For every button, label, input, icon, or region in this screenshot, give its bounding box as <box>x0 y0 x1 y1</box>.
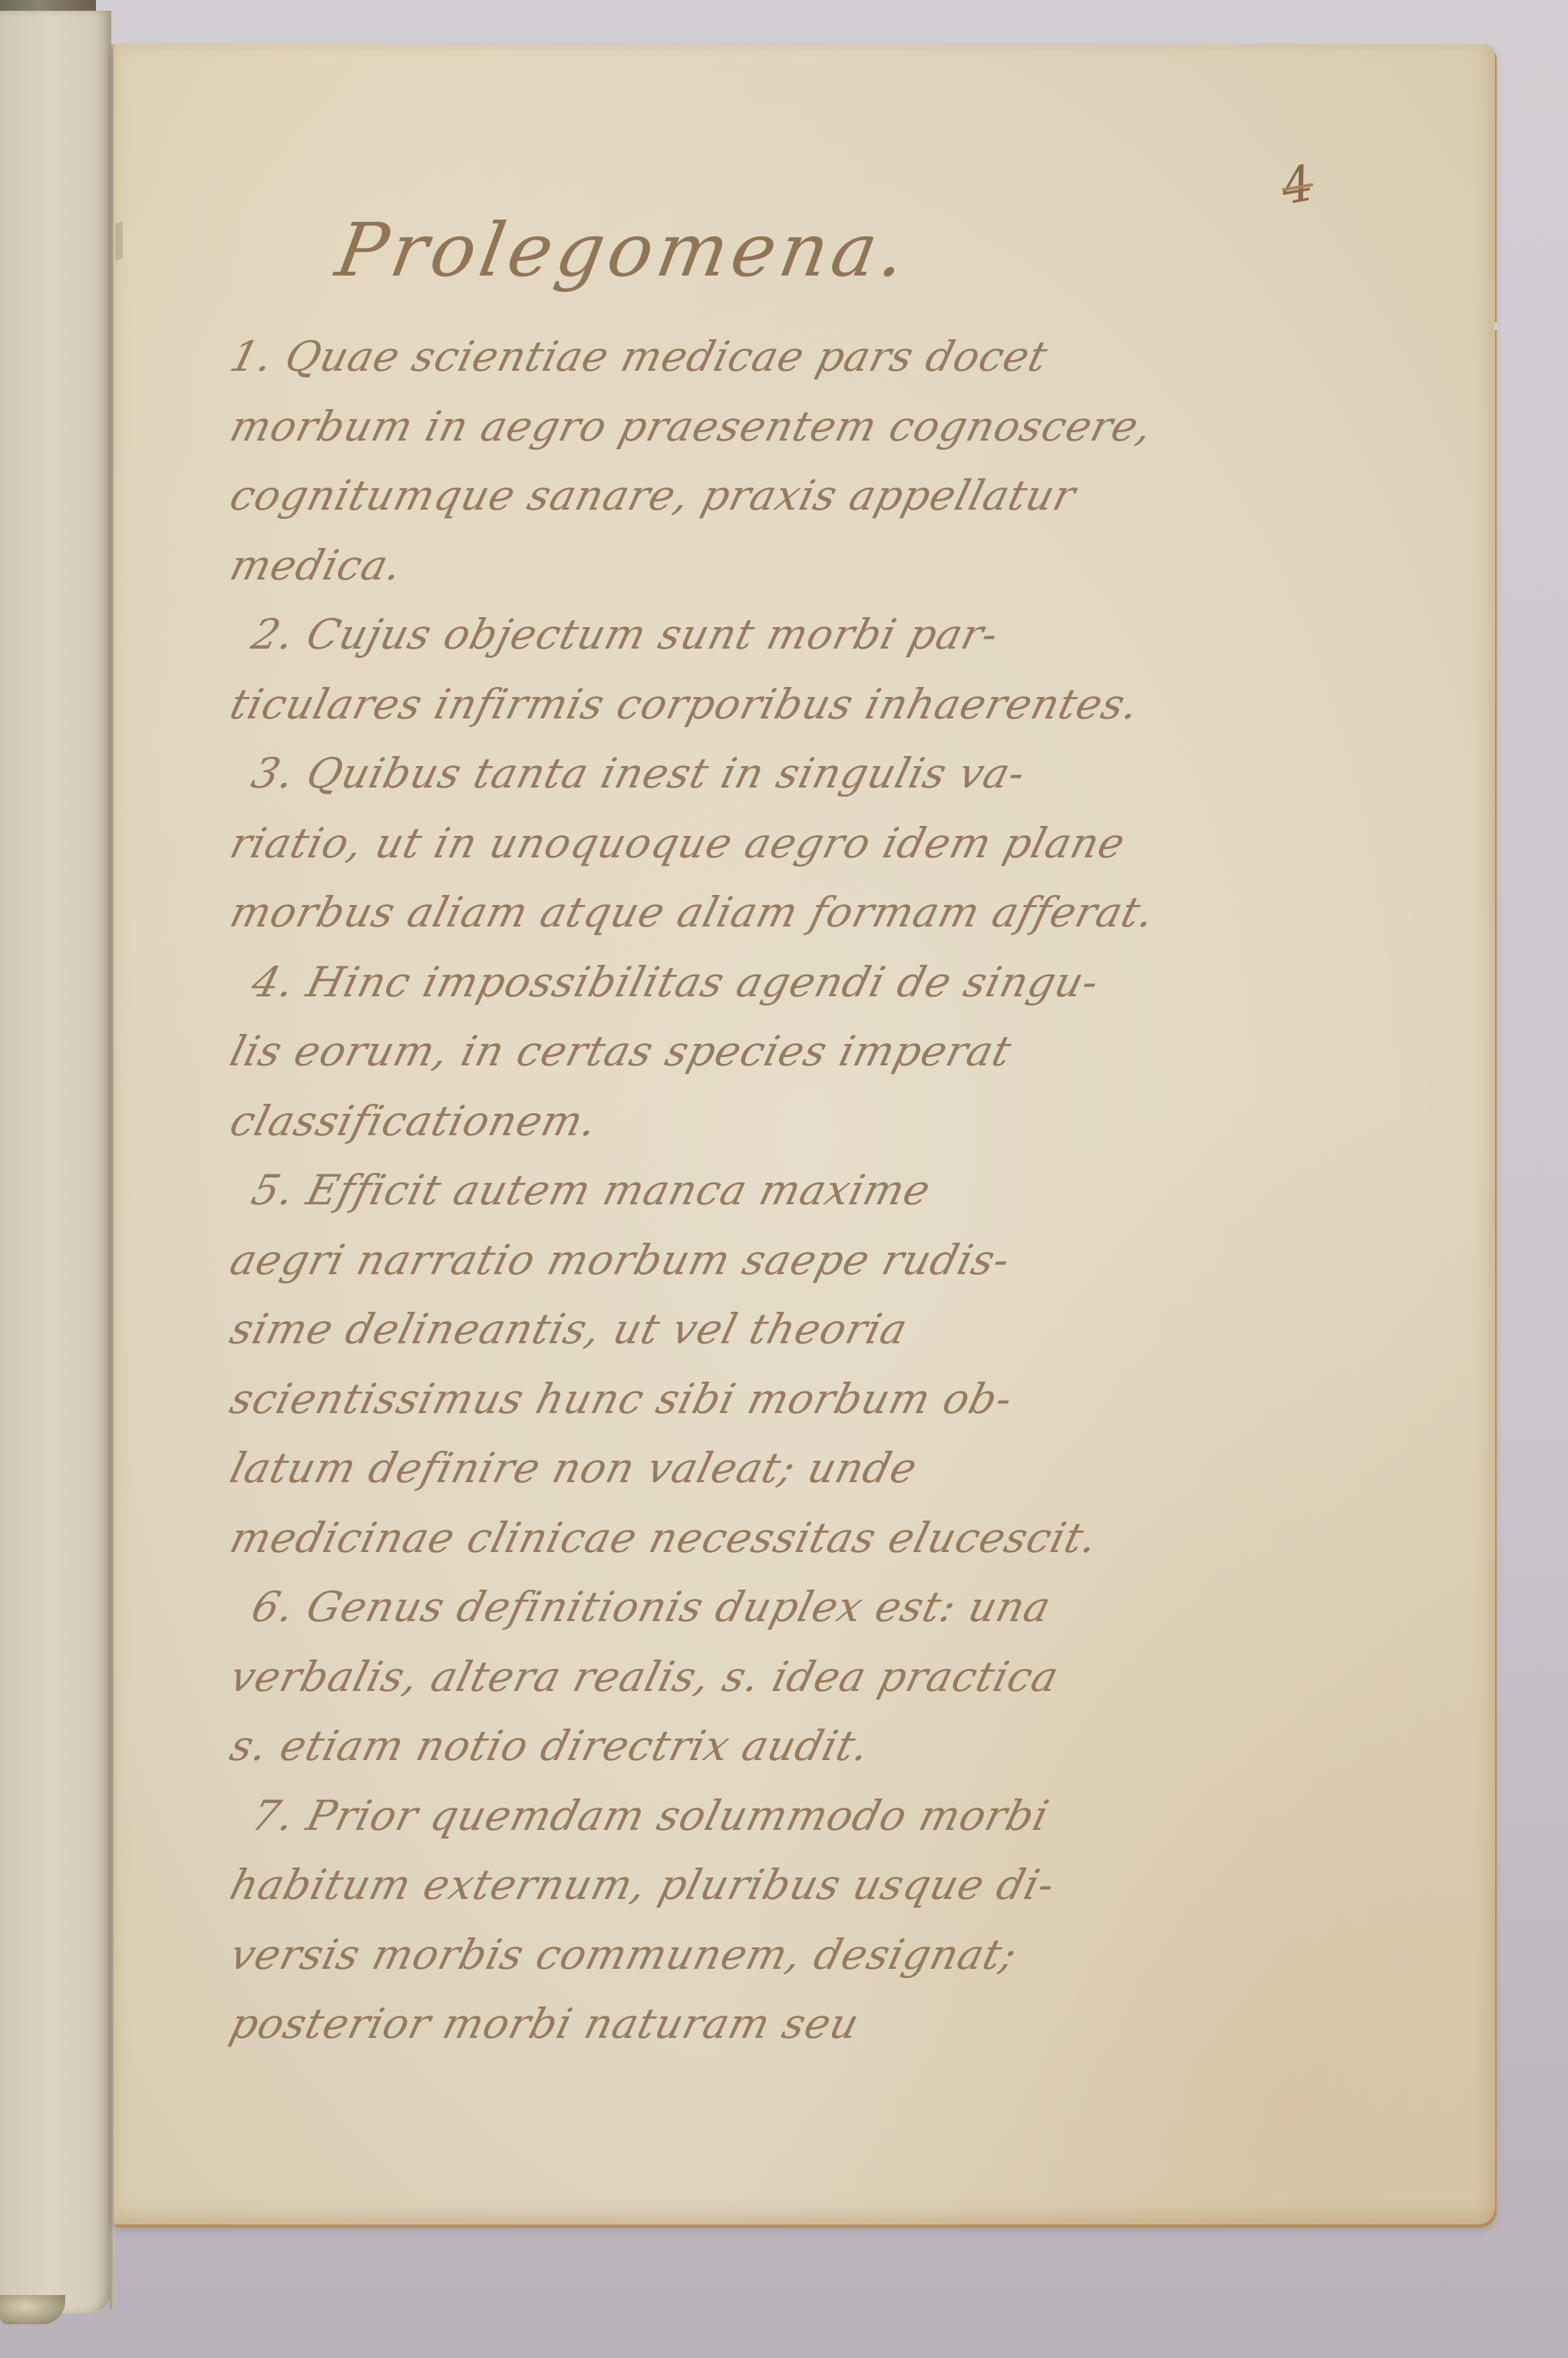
text-line: 7. Prior quemdam solummodo morbi <box>223 1782 1361 1851</box>
text-line: posterior morbi naturam seu <box>223 1990 1361 2059</box>
text-line: verbalis, altera realis, s. idea practic… <box>223 1643 1361 1712</box>
text-line: 2. Cujus objectum sunt morbi par- <box>223 600 1361 670</box>
page-title: Prolegomena. <box>330 207 916 293</box>
page-edge-notch <box>1494 322 1498 330</box>
text-line: medicinae clinicae necessitas elucescit. <box>223 1504 1361 1574</box>
text-line: cognitumque sanare, praxis appellatur <box>223 461 1361 531</box>
text-line: 5. Efficit autem manca maxime <box>223 1156 1361 1226</box>
book-binding-bottom <box>0 2295 65 2324</box>
text-line: morbum in aegro praesentem cognoscere, <box>223 392 1361 462</box>
text-line: classificationem. <box>223 1087 1361 1157</box>
margin-mark <box>115 221 123 261</box>
text-line: aegri narratio morbum saepe rudis- <box>223 1226 1361 1296</box>
text-line: latum definire non valeat; unde <box>223 1434 1361 1504</box>
left-facing-page <box>0 11 111 2313</box>
text-line: 3. Quibus tanta inest in singulis va- <box>223 739 1361 809</box>
text-line: 6. Genus definitionis duplex est: una <box>223 1573 1361 1643</box>
text-line: riatio, ut in unoquoque aegro idem plane <box>223 809 1361 879</box>
text-line: s. etiam notio directrix audit. <box>223 1712 1361 1782</box>
text-line: 4. Hinc impossibilitas agendi de singu- <box>223 948 1361 1018</box>
text-line: scientissimus hunc sibi morbum ob- <box>223 1365 1361 1435</box>
text-line: ticulares infirmis corporibus inhaerente… <box>223 670 1361 740</box>
manuscript-text: 1. Quae scientiae medicae pars docet mor… <box>223 322 1343 2059</box>
text-line: habitum externum, pluribus usque di- <box>223 1851 1361 1920</box>
text-line: versis morbis communem, designat; <box>223 1920 1361 1990</box>
text-line: medica. <box>223 531 1361 601</box>
text-line: lis eorum, in certas species imperat <box>223 1017 1361 1087</box>
text-line: morbus aliam atque aliam formam afferat. <box>223 878 1361 948</box>
text-line: sime delineantis, ut vel theoria <box>223 1295 1361 1365</box>
text-line: 1. Quae scientiae medicae pars docet <box>223 322 1361 392</box>
